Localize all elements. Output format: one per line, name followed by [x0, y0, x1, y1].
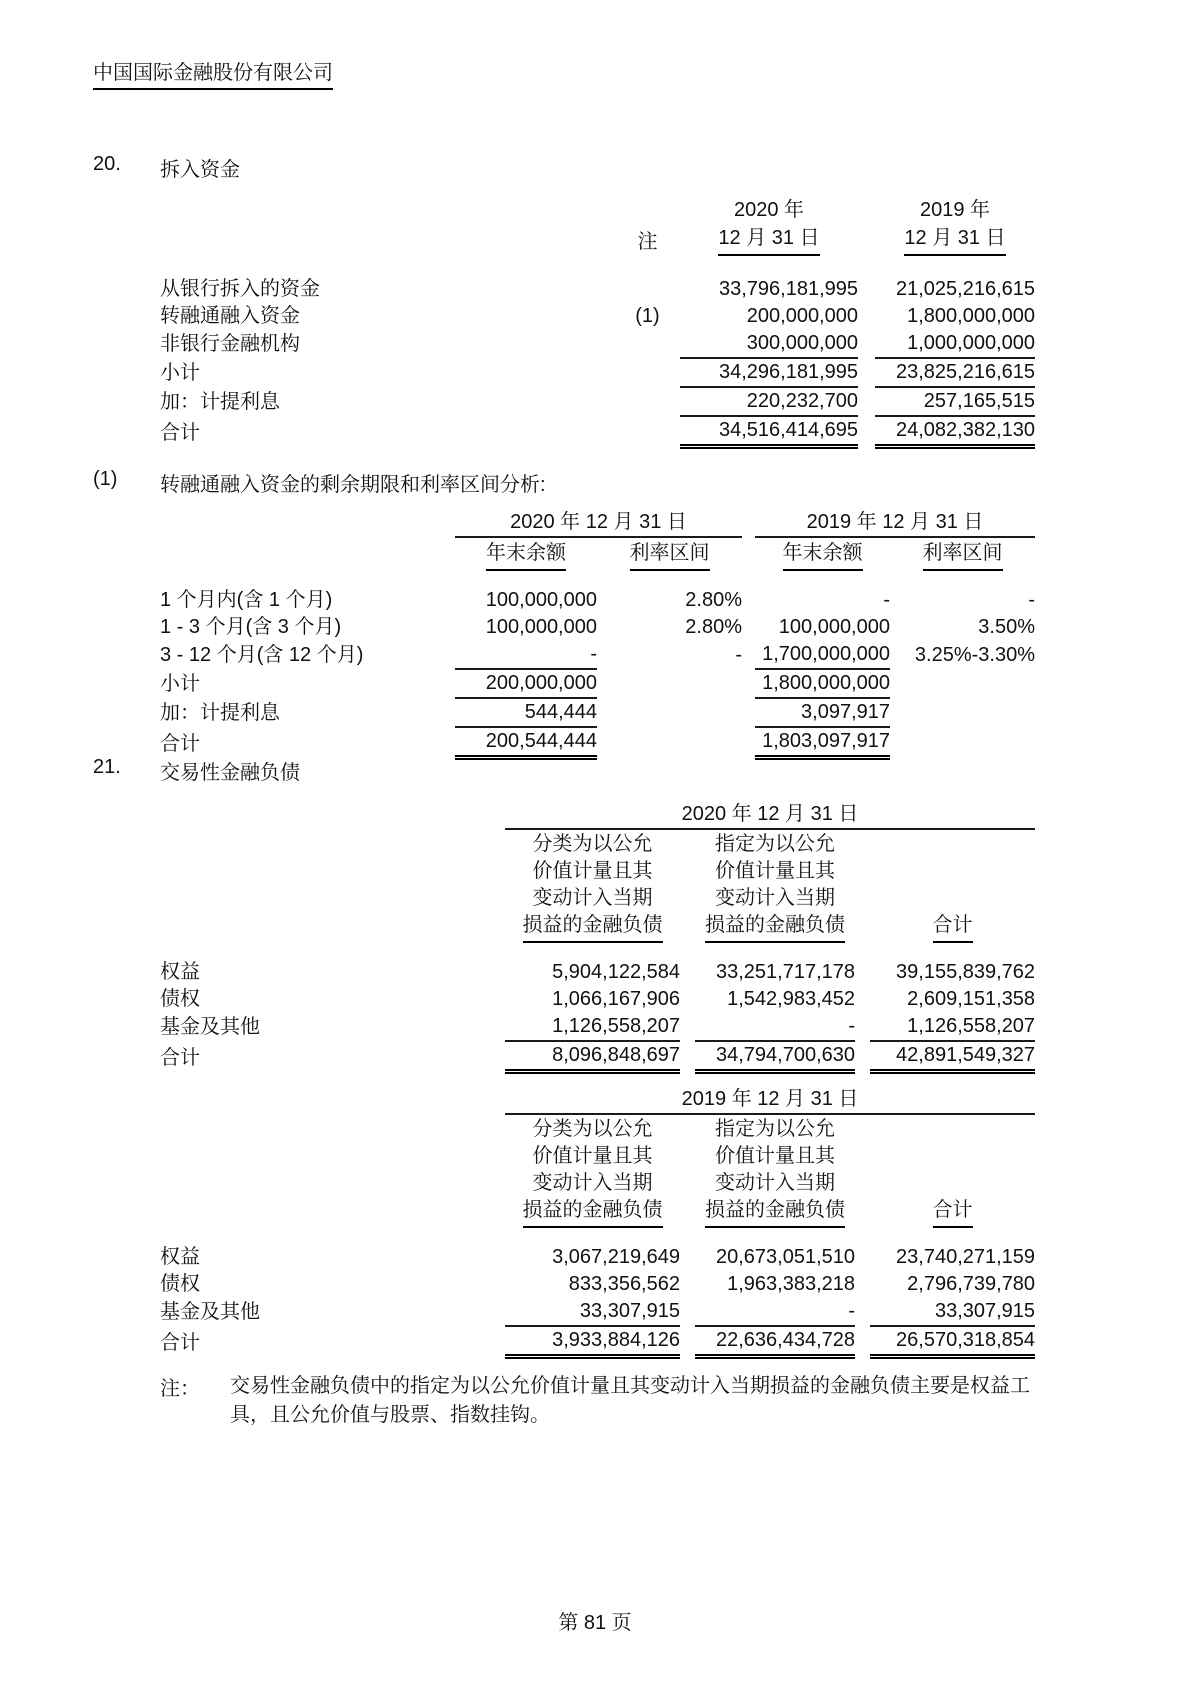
rate-2020: -: [597, 641, 742, 669]
balance-2019: 3,097,917: [755, 698, 890, 727]
page-number: 第 81 页: [0, 1606, 1190, 1635]
designated-value: 22,636,434,728: [695, 1326, 855, 1357]
row-label: 权益: [160, 959, 505, 986]
designated-value: 1,542,983,452: [695, 986, 855, 1013]
subtotal-row: 小计 34,296,181,995 23,825,216,615: [160, 358, 1035, 387]
row-label: 合计: [160, 416, 615, 447]
balance-2019: 100,000,000: [755, 614, 890, 641]
table-row: 加：计提利息 544,444 3,097,917: [160, 698, 1035, 727]
row-label: 3 - 12 个月(含 12 个月): [160, 641, 455, 669]
period-2019-header: 2019 年 12 月 31 日: [755, 508, 1035, 537]
row-label: 债权: [160, 986, 505, 1013]
note-col-header: 注: [615, 224, 680, 256]
value-2019: 1,800,000,000: [875, 303, 1035, 330]
designated-value: 34,794,700,630: [695, 1041, 855, 1072]
table-row: 权益 5,904,122,584 33,251,717,178 39,155,8…: [160, 959, 1035, 986]
value-2019: 257,165,515: [875, 387, 1035, 416]
date-2020-header: 12 月 31 日: [718, 224, 819, 256]
balance-2020: 200,000,000: [455, 669, 597, 698]
column-header-row: 分类为以公允 价值计量且其 变动计入当期 损益的金融负债 指定为以公允 价值计量…: [160, 829, 1035, 943]
company-header: 中国国际金融股份有限公司: [93, 56, 333, 90]
classified-value: 33,307,915: [505, 1298, 680, 1326]
value-2019: 23,825,216,615: [875, 358, 1035, 387]
section-title: 交易性金融负债: [160, 756, 300, 785]
row-label: 转融通融入资金: [160, 303, 615, 330]
total-row: 合计 8,096,848,697 34,794,700,630 42,891,5…: [160, 1041, 1035, 1072]
group-header-row: 2020 年 12 月 31 日 2019 年 12 月 31 日: [160, 508, 1035, 537]
rate-2019: 3.50%: [890, 614, 1035, 641]
row-label: 合计: [160, 1041, 505, 1072]
designated-fvtpl-header: 指定为以公允 价值计量且其 变动计入当期 损益的金融负债: [695, 831, 855, 943]
row-label: 1 - 3 个月(含 3 个月): [160, 614, 455, 641]
classified-value: 833,356,562: [505, 1271, 680, 1298]
value-2020: 33,796,181,995: [680, 276, 858, 303]
balance-2019: 1,803,097,917: [755, 727, 890, 758]
value-2019: 1,000,000,000: [875, 330, 1035, 358]
spacer-row: [160, 943, 1035, 959]
table-row: 基金及其他 1,126,558,207 - 1,126,558,207: [160, 1013, 1035, 1041]
date-2019-header: 12 月 31 日: [904, 224, 1005, 256]
section-20-heading: 20. 拆入资金: [93, 153, 240, 182]
balance-2019: 1,800,000,000: [755, 669, 890, 698]
total-value: 2,609,151,358: [870, 986, 1035, 1013]
row-label: 权益: [160, 1244, 505, 1271]
value-2020: 220,232,700: [680, 387, 858, 416]
row-label: 小计: [160, 358, 615, 387]
balance-2020: 100,000,000: [455, 587, 597, 614]
row-label: 小计: [160, 669, 455, 698]
borrowed-funds-table: 2020 年 2019 年 注 12 月 31 日 12 月 31 日 从银行拆…: [160, 196, 1035, 449]
total-row: 合计 3,933,884,126 22,636,434,728 26,570,3…: [160, 1326, 1035, 1357]
period-header-row: 2020 年 12 月 31 日: [160, 800, 1035, 829]
value-2020: 34,516,414,695: [680, 416, 858, 447]
total-value: 23,740,271,159: [870, 1244, 1035, 1271]
table-row: 非银行金融机构 300,000,000 1,000,000,000: [160, 330, 1035, 358]
balance-col-header: 年末余额: [486, 539, 566, 571]
row-label: 非银行金融机构: [160, 330, 615, 358]
table-row: 转融通融入资金 (1) 200,000,000 1,800,000,000: [160, 303, 1035, 330]
balance-col-header: 年末余额: [783, 539, 863, 571]
period-header-row: 2019 年 12 月 31 日: [160, 1085, 1035, 1114]
rate-2019: -: [890, 587, 1035, 614]
year-2019-header: 2019 年: [875, 196, 1035, 224]
row-label: 加：计提利息: [160, 698, 455, 727]
designated-value: -: [695, 1013, 855, 1041]
total-value: 39,155,839,762: [870, 959, 1035, 986]
table-row: 权益 3,067,219,649 20,673,051,510 23,740,2…: [160, 1244, 1035, 1271]
year-2020-header: 2020 年: [680, 196, 858, 224]
classified-value: 1,126,558,207: [505, 1013, 680, 1041]
period-header: 2019 年 12 月 31 日: [505, 1085, 1035, 1114]
total-value: 42,891,549,327: [870, 1041, 1035, 1072]
classified-value: 8,096,848,697: [505, 1041, 680, 1072]
row-note: [615, 276, 680, 303]
balance-2020: 544,444: [455, 698, 597, 727]
total-row: 合计 34,516,414,695 24,082,382,130: [160, 416, 1035, 447]
spacer-row: [160, 1228, 1035, 1244]
subsection-title: 转融通融入资金的剩余期限和利率区间分析:: [160, 468, 546, 497]
table-row: 债权 1,066,167,906 1,542,983,452 2,609,151…: [160, 986, 1035, 1013]
classified-value: 5,904,122,584: [505, 959, 680, 986]
section-title: 拆入资金: [160, 153, 240, 182]
rate-2019: 3.25%-3.30%: [890, 641, 1035, 669]
table-row: 1 个月内(含 1 个月) 100,000,000 2.80% - -: [160, 587, 1035, 614]
classified-value: 3,067,219,649: [505, 1244, 680, 1271]
section-number: 20.: [93, 153, 160, 182]
table-row: 从银行拆入的资金 33,796,181,995 21,025,216,615: [160, 276, 1035, 303]
row-label: 合计: [160, 1326, 505, 1357]
value-2020: 200,000,000: [680, 303, 858, 330]
row-label: 债权: [160, 1271, 505, 1298]
period-2020-header: 2020 年 12 月 31 日: [455, 508, 742, 537]
section-21-heading: 21. 交易性金融负债: [93, 756, 300, 785]
total-value: 33,307,915: [870, 1298, 1035, 1326]
column-header-row: 分类为以公允 价值计量且其 变动计入当期 损益的金融负债 指定为以公允 价值计量…: [160, 1114, 1035, 1228]
row-label: 基金及其他: [160, 1013, 505, 1041]
balance-2020: 200,544,444: [455, 727, 597, 758]
sub-header-row: 年末余额 利率区间 年末余额 利率区间: [160, 537, 1035, 571]
value-2019: 21,025,216,615: [875, 276, 1035, 303]
subtotal-row: 小计 200,000,000 1,800,000,000: [160, 669, 1035, 698]
spacer-row: [160, 571, 1035, 587]
total-value: 2,796,739,780: [870, 1271, 1035, 1298]
margin-financing-maturity-table: 2020 年 12 月 31 日 2019 年 12 月 31 日 年末余额 利…: [160, 508, 1035, 760]
rate-2020: 2.80%: [597, 614, 742, 641]
row-label: 1 个月内(含 1 个月): [160, 587, 455, 614]
total-value: 26,570,318,854: [870, 1326, 1035, 1357]
subsection-number: (1): [93, 468, 160, 497]
classified-value: 1,066,167,906: [505, 986, 680, 1013]
designated-value: 1,963,383,218: [695, 1271, 855, 1298]
footnote: 注： 交易性金融负债中的指定为以公允价值计量且其变动计入当期损益的金融负债主要是…: [160, 1372, 1054, 1430]
table-header-row: 注 12 月 31 日 12 月 31 日: [160, 224, 1035, 256]
rate-col-header: 利率区间: [923, 539, 1003, 571]
classified-fvtpl-header: 分类为以公允 价值计量且其 变动计入当期 损益的金融负债: [505, 1116, 680, 1228]
footnote-label: 注：: [160, 1372, 230, 1430]
total-value: 1,126,558,207: [870, 1013, 1035, 1041]
classified-value: 3,933,884,126: [505, 1326, 680, 1357]
rate-2020: 2.80%: [597, 587, 742, 614]
row-note: (1): [615, 303, 680, 330]
footnote-text: 交易性金融负债中的指定为以公允价值计量且其变动计入当期损益的金融负债主要是权益工…: [230, 1372, 1054, 1430]
balance-2020: -: [455, 641, 597, 669]
row-label: 加：计提利息: [160, 387, 615, 416]
classified-fvtpl-header: 分类为以公允 价值计量且其 变动计入当期 损益的金融负债: [505, 831, 680, 943]
designated-value: 33,251,717,178: [695, 959, 855, 986]
row-label: 合计: [160, 727, 455, 758]
row-label: 基金及其他: [160, 1298, 505, 1326]
trading-liabilities-2020-table: 2020 年 12 月 31 日 分类为以公允 价值计量且其 变动计入当期 损益…: [160, 800, 1035, 1074]
section-number: 21.: [93, 756, 160, 785]
designated-fvtpl-header: 指定为以公允 价值计量且其 变动计入当期 损益的金融负债: [695, 1116, 855, 1228]
spacer-row: [160, 256, 1035, 276]
balance-2019: -: [755, 587, 890, 614]
table-row: 加：计提利息 220,232,700 257,165,515: [160, 387, 1035, 416]
designated-value: -: [695, 1298, 855, 1326]
table-row: 1 - 3 个月(含 3 个月) 100,000,000 2.80% 100,0…: [160, 614, 1035, 641]
value-2019: 24,082,382,130: [875, 416, 1035, 447]
subsection-1-heading: (1) 转融通融入资金的剩余期限和利率区间分析:: [93, 468, 546, 497]
trading-liabilities-2019-table: 2019 年 12 月 31 日 分类为以公允 价值计量且其 变动计入当期 损益…: [160, 1085, 1035, 1359]
rate-col-header: 利率区间: [630, 539, 710, 571]
balance-2019: 1,700,000,000: [755, 641, 890, 669]
total-col-header: 合计: [933, 1197, 973, 1228]
balance-2020: 100,000,000: [455, 614, 597, 641]
period-header: 2020 年 12 月 31 日: [505, 800, 1035, 829]
value-2020: 34,296,181,995: [680, 358, 858, 387]
table-row: 债权 833,356,562 1,963,383,218 2,796,739,7…: [160, 1271, 1035, 1298]
total-col-header: 合计: [933, 912, 973, 943]
total-row: 合计 200,544,444 1,803,097,917: [160, 727, 1035, 758]
designated-value: 20,673,051,510: [695, 1244, 855, 1271]
table-row: 基金及其他 33,307,915 - 33,307,915: [160, 1298, 1035, 1326]
row-label: 从银行拆入的资金: [160, 276, 615, 303]
value-2020: 300,000,000: [680, 330, 858, 358]
table-header-row: 2020 年 2019 年: [160, 196, 1035, 224]
table-row: 3 - 12 个月(含 12 个月) - - 1,700,000,000 3.2…: [160, 641, 1035, 669]
document-page: 中国国际金融股份有限公司 20. 拆入资金 2020 年 2019 年 注 12…: [0, 0, 1190, 1684]
